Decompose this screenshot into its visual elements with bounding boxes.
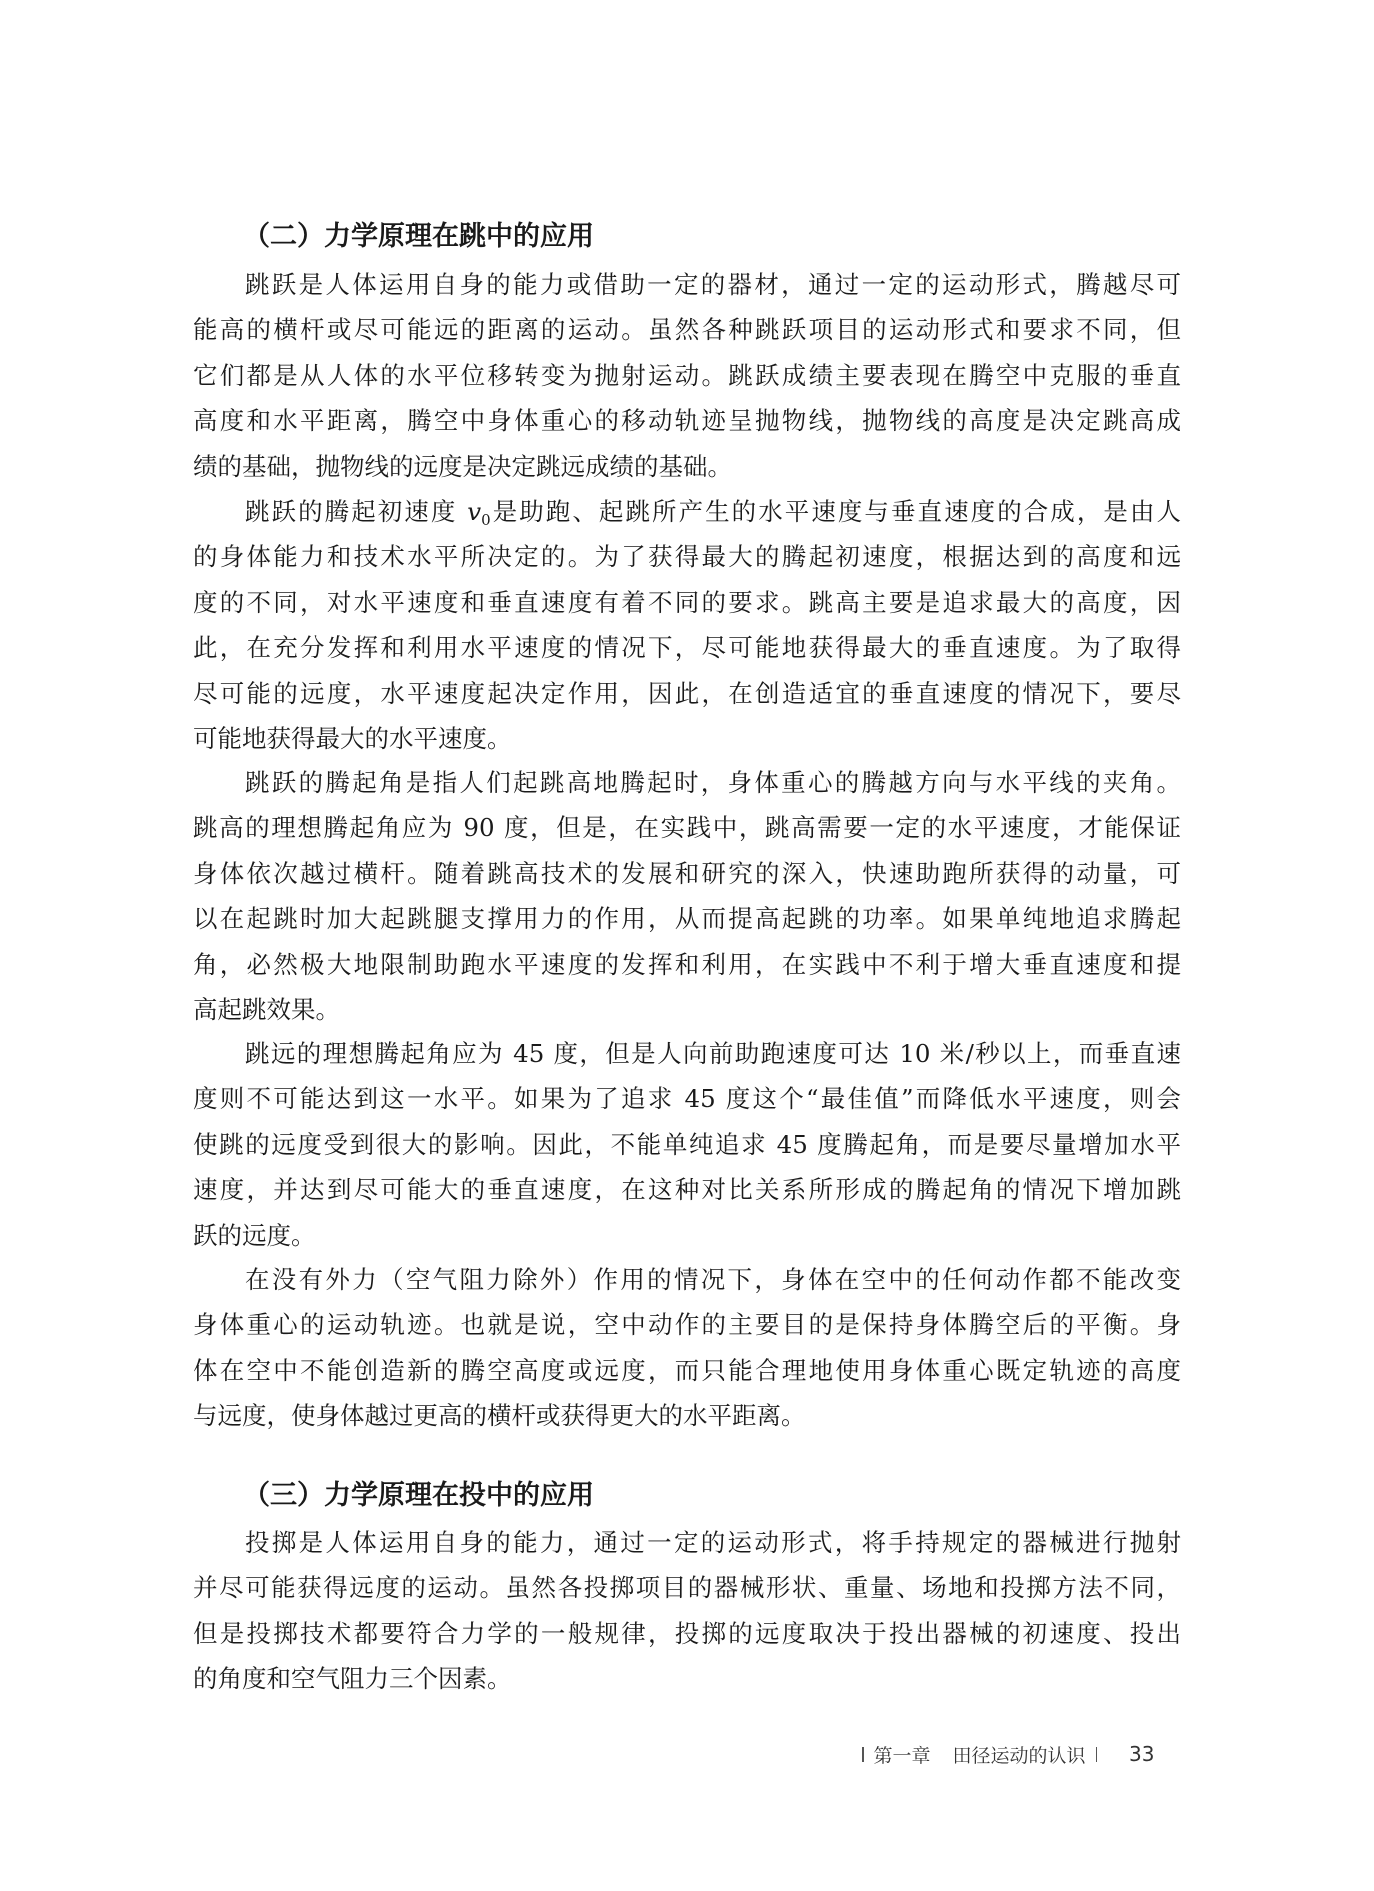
text-segment: 是助跑、起跳所产生的水平速度与垂直速度的合成，是由人 (491, 497, 1181, 526)
text-line: 度则不可能达到这一水平。如果为了追求 45 度这个“最佳值”而降低水平速度，则会 (193, 1076, 1181, 1121)
velocity-symbol: v (467, 497, 481, 526)
velocity-subscript: 0 (481, 511, 491, 529)
paragraph: 投掷是人体运用自身的能力，通过一定的运动形式，将手持规定的器械进行抛射 并尽可能… (193, 1520, 1181, 1702)
text-line: 高度和水平距离，腾空中身体重心的移动轨迹呈抛物线，抛物线的高度是决定跳高成 (193, 398, 1181, 443)
paragraph: 跳远的理想腾起角应为 45 度，但是人向前助跑速度可达 10 米/秒以上，而垂直… (193, 1031, 1181, 1258)
text-line: 可能地获得最大的水平速度。 (193, 716, 1181, 761)
separator-bar (1096, 1747, 1098, 1762)
text-line: 身体依次越过横杆。随着跳高技术的发展和研究的深入，快速助跑所获得的动量，可 (193, 851, 1181, 896)
chapter-title: 田径运动的认识 (953, 1741, 1086, 1768)
text-line: 跳跃是人体运用自身的能力或借助一定的器材，通过一定的运动形式，腾越尽可 (193, 262, 1181, 307)
paragraph: 跳跃是人体运用自身的能力或借助一定的器材，通过一定的运动形式，腾越尽可 能高的横… (193, 262, 1181, 489)
text-line: 体在空中不能创造新的腾空高度或远度，而只能合理地使用身体重心既定轨迹的高度 (193, 1348, 1181, 1393)
text-line: 尽可能的远度，水平速度起决定作用，因此，在创造适宜的垂直速度的情况下，要尽 (193, 671, 1181, 716)
paragraph: 跳跃的腾起角是指人们起跳高地腾起时，身体重心的腾越方向与水平线的夹角。 跳高的理… (193, 760, 1181, 1032)
text-line: 高起跳效果。 (193, 987, 1181, 1032)
book-page: （二）力学原理在跳中的应用 跳跃是人体运用自身的能力或借助一定的器材，通过一定的… (0, 0, 1374, 1891)
section-throwing: （三）力学原理在投中的应用 (193, 1474, 1181, 1518)
text-line: 使跳的远度受到很大的影响。因此，不能单纯追求 45 度腾起角，而是要尽量增加水平 (193, 1122, 1181, 1167)
text-line: 绩的基础，抛物线的远度是决定跳远成绩的基础。 (193, 444, 1181, 489)
text-line: 的角度和空气阻力三个因素。 (193, 1656, 1181, 1701)
text-line: 跳跃的腾起初速度 v0是助跑、起跳所产生的水平速度与垂直速度的合成，是由人 (193, 489, 1181, 534)
text-line: 角，必然极大地限制助跑水平速度的发挥和利用，在实践中不利于增大垂直速度和提 (193, 942, 1181, 987)
text-segment: 跳跃的腾起初速度 (245, 497, 457, 526)
text-line: 并尽可能获得远度的运动。虽然各投掷项目的器械形状、重量、场地和投掷方法不同， (193, 1565, 1181, 1610)
text-line: 度的不同，对水平速度和垂直速度有着不同的要求。跳高主要是追求最大的高度，因 (193, 580, 1181, 625)
text-line: 在没有外力（空气阻力除外）作用的情况下，身体在空中的任何动作都不能改变 (193, 1257, 1181, 1302)
text-line: 跃的远度。 (193, 1213, 1181, 1258)
section-heading: （三）力学原理在投中的应用 (193, 1474, 1181, 1518)
section-heading: （二）力学原理在跳中的应用 (193, 215, 1181, 259)
text-line: 跳跃的腾起角是指人们起跳高地腾起时，身体重心的腾越方向与水平线的夹角。 (193, 760, 1181, 805)
text-line: 以在起跳时加大起跳腿支撑用力的作用，从而提高起跳的功率。如果单纯地追求腾起 (193, 896, 1181, 941)
chapter-label: 第一章 (874, 1741, 931, 1768)
text-line: 跳远的理想腾起角应为 45 度，但是人向前助跑速度可达 10 米/秒以上，而垂直… (193, 1031, 1181, 1076)
page-number: 33 (1129, 1742, 1154, 1766)
text-line: 投掷是人体运用自身的能力，通过一定的运动形式，将手持规定的器械进行抛射 (193, 1520, 1181, 1565)
text-line: 能高的横杆或尽可能远的距离的运动。虽然各种跳跃项目的运动形式和要求不同，但 (193, 307, 1181, 352)
text-line: 的身体能力和技术水平所决定的。为了获得最大的腾起初速度，根据达到的高度和远 (193, 534, 1181, 579)
separator-bar (862, 1747, 864, 1762)
text-line: 它们都是从人体的水平位移转变为抛射运动。跳跃成绩主要表现在腾空中克服的垂直 (193, 353, 1181, 398)
text-line: 速度，并达到尽可能大的垂直速度，在这种对比关系所形成的腾起角的情况下增加跳 (193, 1167, 1181, 1212)
text-line: 身体重心的运动轨迹。也就是说，空中动作的主要目的是保持身体腾空后的平衡。身 (193, 1302, 1181, 1347)
text-line: 与远度，使身体越过更高的横杆或获得更大的水平距离。 (193, 1393, 1181, 1438)
section-jumping: （二）力学原理在跳中的应用 (193, 215, 1181, 259)
text-line: 此，在充分发挥和利用水平速度的情况下，尽可能地获得最大的垂直速度。为了取得 (193, 625, 1181, 670)
text-line: 但是投掷技术都要符合力学的一般规律，投掷的远度取决于投出器械的初速度、投出 (193, 1611, 1181, 1656)
paragraph: 跳跃的腾起初速度 v0是助跑、起跳所产生的水平速度与垂直速度的合成，是由人 的身… (193, 489, 1181, 761)
page-footer: 第一章 田径运动的认识 33 (852, 1738, 1182, 1770)
paragraph: 在没有外力（空气阻力除外）作用的情况下，身体在空中的任何动作都不能改变 身体重心… (193, 1257, 1181, 1439)
text-line: 跳高的理想腾起角应为 90 度，但是，在实践中，跳高需要一定的水平速度，才能保证 (193, 805, 1181, 850)
